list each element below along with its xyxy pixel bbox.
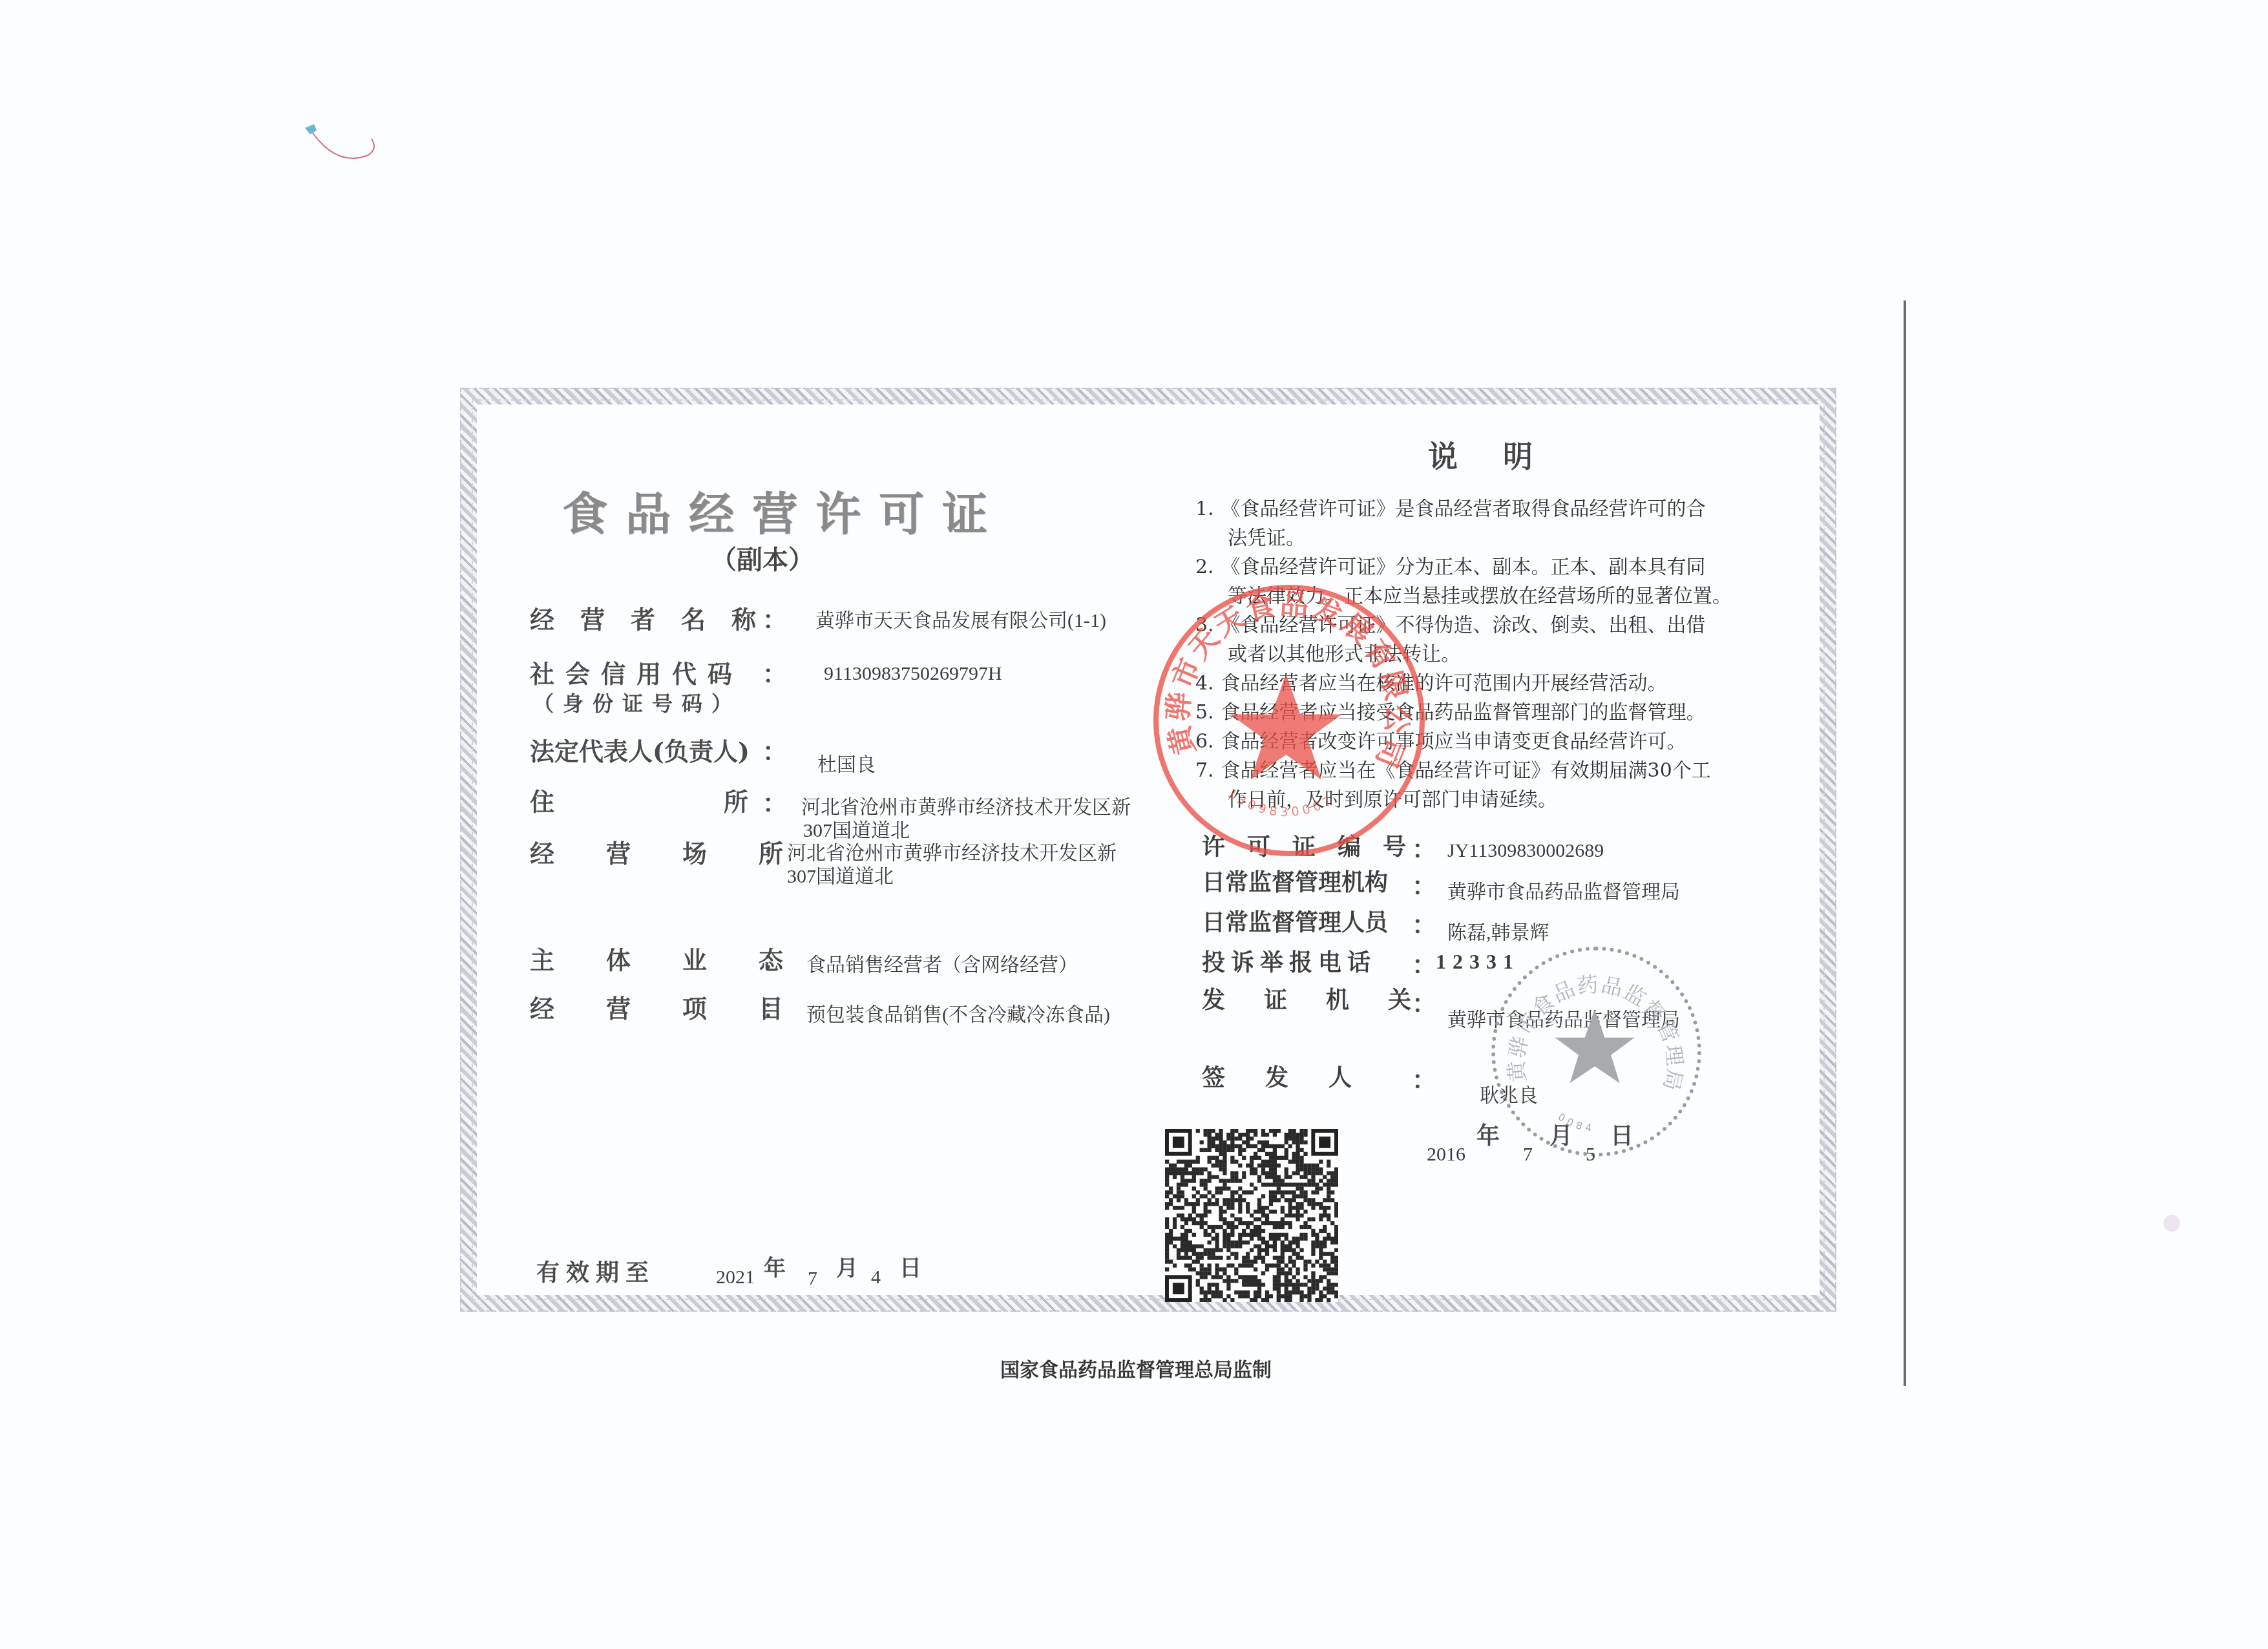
- svg-text:1309830007: 1309830007: [1225, 786, 1338, 819]
- page-edge-line: [1904, 300, 1906, 1386]
- note-item: 1. 《食品经营许可证》是食品经营者取得食品经营许可的合法凭证。: [1195, 494, 1777, 552]
- footer-supervisor: 国家食品药品监督管理总局监制: [1000, 1354, 1272, 1382]
- scan-fiber-artifact: [297, 116, 388, 168]
- field-label: 所: [724, 782, 748, 817]
- supervising-org-value: 黄骅市食品药品监督管理局: [1447, 876, 1680, 904]
- supervising-staff-value: 陈磊,韩景辉: [1447, 916, 1549, 945]
- field-label: 经营者名称: [530, 600, 782, 635]
- credit-code-value: 91130983750269797H: [824, 663, 1002, 685]
- validity-day: 4: [871, 1266, 881, 1288]
- field-colon: ：: [762, 835, 787, 870]
- field-label: 法定代表人(负责人): [530, 731, 750, 767]
- validity-month: 7: [808, 1268, 817, 1290]
- scan-speck-artifact: [2163, 1215, 2180, 1232]
- field-label: 主体业态: [530, 940, 835, 976]
- operator-name-value: 黄骅市天天食品发展有限公司(1-1): [815, 604, 1106, 633]
- entity-type-value: 食品销售经营者（含网络经营）: [806, 949, 1078, 977]
- field-label: 住: [530, 782, 554, 817]
- residence-value: 河北省沧州市黄骅市经济技术开发区新 307国道道北: [801, 796, 1131, 843]
- issue-day: 5: [1586, 1144, 1595, 1166]
- business-premises-value: 河北省沧州市黄骅市经济技术开发区新 307国道道北: [787, 842, 1117, 888]
- validity-year: 2021: [716, 1266, 755, 1288]
- authority-seal-gray-stamp: 黄骅市食品药品监督管理局 0084: [1491, 947, 1701, 1157]
- field-colon: ：: [762, 989, 787, 1024]
- legal-rep-value: 杜国良: [817, 748, 876, 777]
- field-colon: ：: [762, 654, 787, 689]
- field-colon: ：: [762, 731, 787, 767]
- signer-value: 耿兆良: [1480, 1079, 1538, 1108]
- field-colon: ：: [762, 600, 787, 635]
- validity-label: 有效期至: [536, 1255, 655, 1288]
- field-label: 社会信用代码: [530, 654, 743, 689]
- company-seal-red-stamp: 黄骅市天天食品发展有限公司 1309830007: [1153, 585, 1425, 856]
- issue-year: 2016: [1427, 1144, 1465, 1166]
- field-colon: ：: [762, 940, 787, 976]
- notes-title: 说明: [1428, 433, 1578, 476]
- field-label: 经营项目: [530, 989, 835, 1024]
- business-items-value: 预包装食品销售(不含冷藏冷冻食品): [806, 998, 1110, 1027]
- certificate-subtitle: （副本）: [711, 540, 814, 576]
- issue-month: 7: [1523, 1144, 1533, 1166]
- field-sublabel: （身份证号码）: [533, 688, 741, 717]
- qr-code: [1165, 1129, 1338, 1302]
- certificate-title: 食品经营许可证: [562, 478, 1005, 543]
- license-no-value: JY11309830002689: [1447, 840, 1604, 862]
- field-colon: ：: [762, 783, 787, 819]
